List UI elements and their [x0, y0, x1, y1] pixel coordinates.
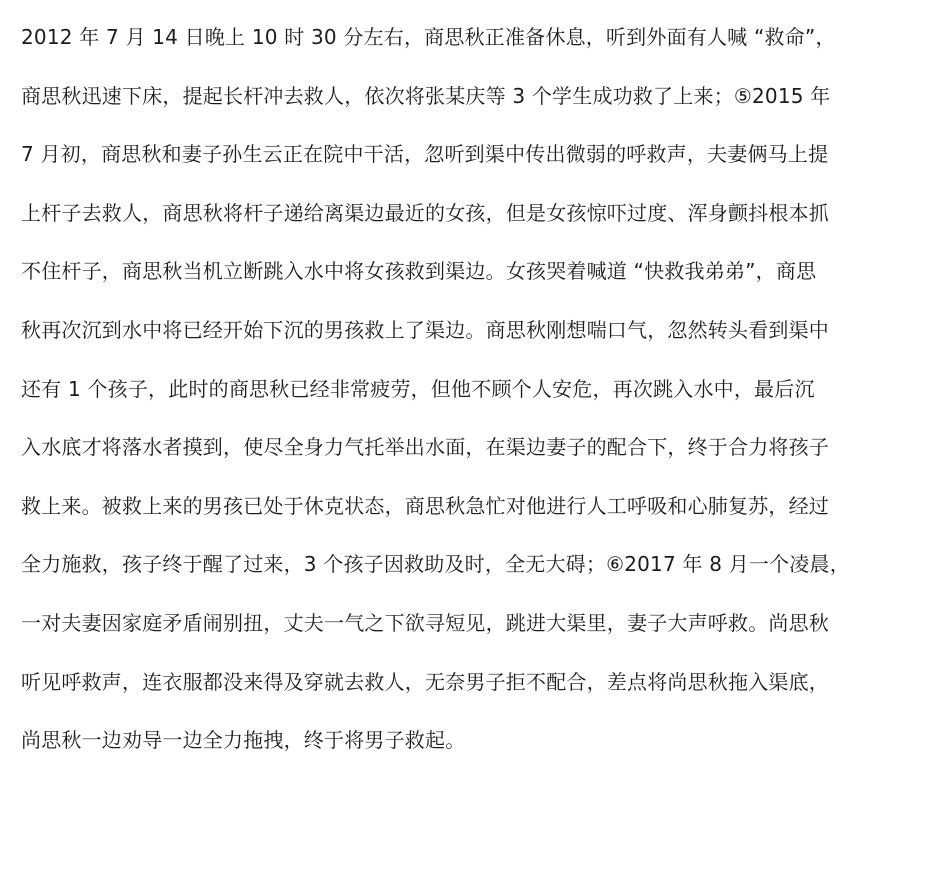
text-line-4: 上杆子去救人，商思秋将杆子递给离渠边最近的女孩，但是女孩惊吓过度、浑身颤抖根本抓: [21, 184, 941, 243]
text-line-13: 尚思秋一边劝导一边全力拖拽，终于将男子救起。: [21, 711, 941, 770]
text-line-10: 全力施救，孩子终于醒了过来，3 个孩子因救助及时，全无大碍；⑥2017 年 8 …: [21, 535, 941, 594]
document-body: 2012 年 7 月 14 日晚上 10 时 30 分左右，商思秋正准备休息，听…: [21, 8, 941, 770]
text-line-9: 救上来。被救上来的男孩已处于休克状态，商思秋急忙对他进行人工呼吸和心肺复苏，经过: [21, 477, 941, 536]
text-line-12: 听见呼救声，连衣服都没来得及穿就去救人，无奈男子拒不配合，差点将尚思秋拖入渠底，: [21, 653, 941, 712]
text-line-1: 2012 年 7 月 14 日晚上 10 时 30 分左右，商思秋正准备休息，听…: [21, 8, 941, 67]
text-line-3: 7 月初，商思秋和妻子孙生云正在院中干活，忽听到渠中传出微弱的呼救声，夫妻俩马上…: [21, 125, 941, 184]
text-line-7: 还有 1 个孩子，此时的商思秋已经非常疲劳，但他不顾个人安危，再次跳入水中，最后…: [21, 360, 941, 419]
text-line-2: 商思秋迅速下床，提起长杆冲去救人，依次将张某庆等 3 个学生成功救了上来；⑤20…: [21, 67, 941, 126]
text-line-11: 一对夫妻因家庭矛盾闹别扭，丈夫一气之下欲寻短见，跳进大渠里，妻子大声呼救。尚思秋: [21, 594, 941, 653]
text-line-5: 不住杆子，商思秋当机立断跳入水中将女孩救到渠边。女孩哭着喊道 “快救我弟弟”，商…: [21, 242, 941, 301]
text-line-8: 入水底才将落水者摸到，使尽全身力气托举出水面，在渠边妻子的配合下，终于合力将孩子: [21, 418, 941, 477]
text-line-6: 秋再次沉到水中将已经开始下沉的男孩救上了渠边。商思秋刚想喘口气，忽然转头看到渠中: [21, 301, 941, 360]
